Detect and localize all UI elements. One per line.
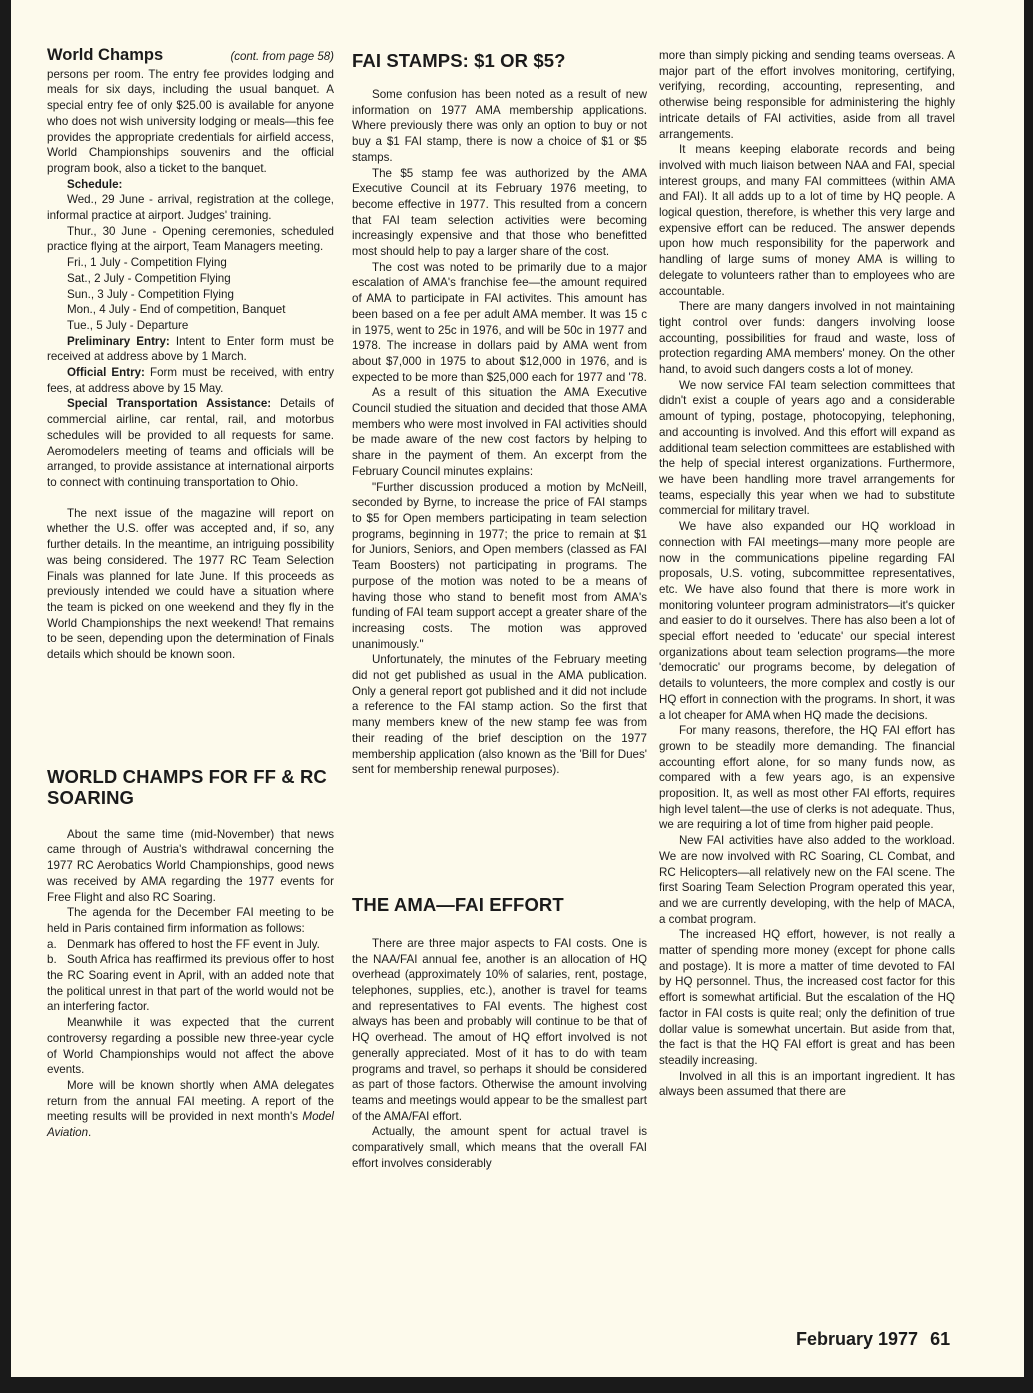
paragraph: There are three major aspects to FAI cos… — [352, 936, 647, 1124]
column-2: FAI STAMPS: $1 OR $5? Some confusion has… — [352, 50, 647, 1171]
quoted-minutes: "Further discussion produced a motion by… — [352, 480, 647, 653]
page-number: 61 — [930, 1329, 950, 1349]
paragraph: More will be known shortly when AMA dele… — [47, 1078, 334, 1141]
paragraph: New FAI activities have also added to th… — [659, 833, 955, 927]
schedule-item: Wed., 29 June - arrival, registration at… — [47, 192, 334, 223]
paragraph: Involved in all this is an important ing… — [659, 1069, 955, 1100]
schedule-item: Tue., 5 July - Departure — [47, 318, 334, 334]
preliminary-entry: Preliminary Entry: Intent to Enter form … — [47, 334, 334, 365]
column-3: more than simply picking and sending tea… — [659, 48, 955, 1100]
paragraph: Actually, the amount spent for actual tr… — [352, 1124, 647, 1171]
schedule-item: Mon., 4 July - End of competition, Banqu… — [47, 302, 334, 318]
list-item: a.Denmark has offered to host the FF eve… — [47, 937, 334, 953]
magazine-page: World Champs (cont. from page 58) person… — [11, 0, 1024, 1377]
paragraph: We now service FAI team selection commit… — [659, 378, 955, 519]
paragraph: We have also expanded our HQ workload in… — [659, 519, 955, 723]
paragraph: persons per room. The entry fee provides… — [47, 67, 334, 177]
column-1: World Champs (cont. from page 58) person… — [47, 48, 334, 1141]
issue-date: February 1977 — [796, 1329, 918, 1349]
paragraph: more than simply picking and sending tea… — [659, 48, 955, 142]
section-heading-stamps: FAI STAMPS: $1 OR $5? — [352, 50, 647, 71]
paragraph: There are many dangers involved in not m… — [659, 299, 955, 378]
running-head-title: World Champs — [47, 48, 163, 64]
paragraph: The next issue of the magazine will repo… — [47, 506, 334, 663]
section-heading-soaring: WORLD CHAMPS FOR FF & RC SOARING — [47, 766, 334, 808]
page-footer: February 197761 — [796, 1329, 950, 1350]
paragraph: The agenda for the December FAI meeting … — [47, 905, 334, 936]
continuation-note: (cont. from page 58) — [230, 50, 334, 66]
schedule-item: Sat., 2 July - Competition Flying — [47, 271, 334, 287]
section-heading-effort: THE AMA—FAI EFFORT — [352, 894, 647, 915]
paragraph: Some confusion has been noted as a resul… — [352, 87, 647, 166]
paragraph: The cost was noted to be primarily due t… — [352, 260, 647, 386]
schedule-item: Sun., 3 July - Competition Flying — [47, 287, 334, 303]
paragraph: The $5 stamp fee was authorized by the A… — [352, 166, 647, 260]
list-item: b.South Africa has reaffirmed its previo… — [47, 952, 334, 1015]
paragraph: Unfortunately, the minutes of the Februa… — [352, 652, 647, 778]
paragraph: As a result of this situation the AMA Ex… — [352, 385, 647, 479]
paragraph: About the same time (mid-November) that … — [47, 827, 334, 906]
paragraph: It means keeping elaborate records and b… — [659, 142, 955, 299]
schedule-label: Schedule: — [47, 177, 334, 193]
official-entry: Official Entry: Form must be received, w… — [47, 365, 334, 396]
paragraph: The increased HQ effort, however, is not… — [659, 927, 955, 1068]
running-head: World Champs (cont. from page 58) — [47, 48, 334, 66]
transportation-assistance: Special Transportation Assistance: Detai… — [47, 396, 334, 490]
schedule-item: Thur., 30 June - Opening ceremonies, sch… — [47, 224, 334, 255]
paragraph: For many reasons, therefore, the HQ FAI … — [659, 723, 955, 833]
paragraph: Meanwhile it was expected that the curre… — [47, 1015, 334, 1078]
schedule-item: Fri., 1 July - Competition Flying — [47, 255, 334, 271]
